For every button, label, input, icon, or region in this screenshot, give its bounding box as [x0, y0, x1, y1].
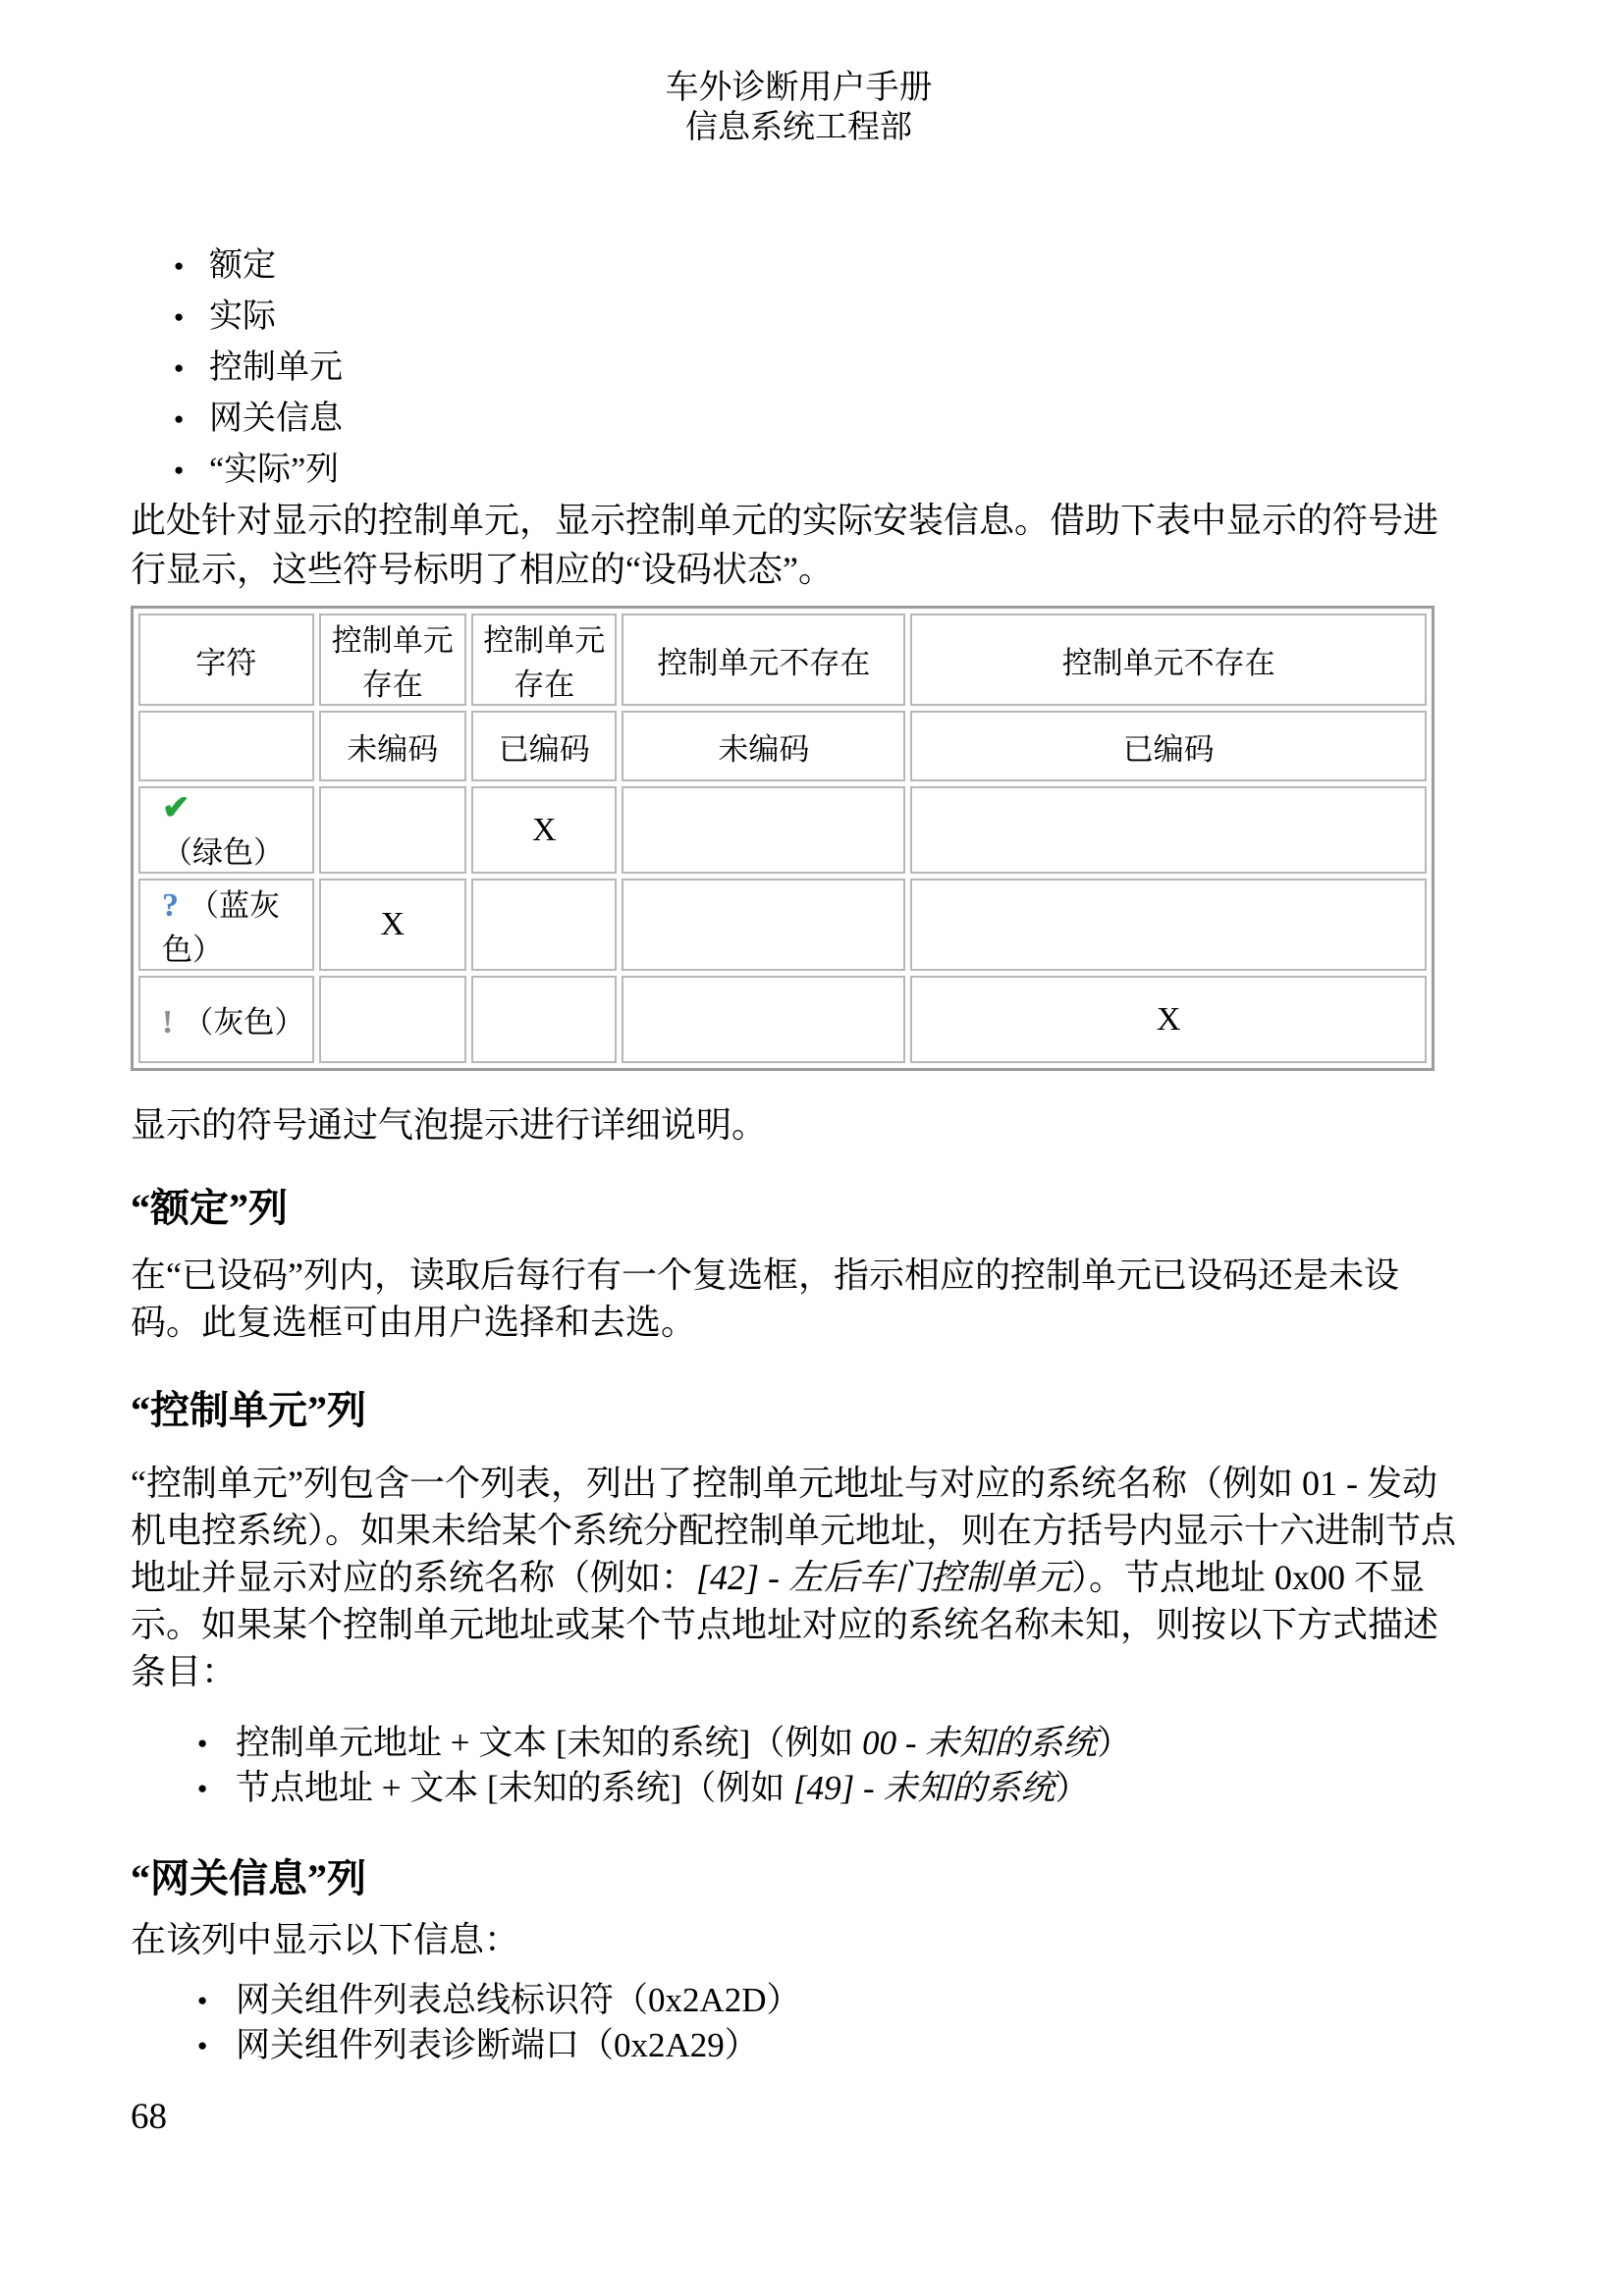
- cell: [622, 976, 905, 1063]
- section-heading-gateway-info: “网关信息”列: [131, 1855, 1467, 1902]
- gateway-paragraph: 在该列中显示以下信息：: [131, 1916, 1467, 1963]
- bullet-text: ）: [1055, 1769, 1089, 1807]
- symbol-label: （蓝灰色）: [162, 888, 280, 967]
- control-unit-paragraph: “控制单元”列包含一个列表，列出了控制单元地址与对应的系统名称（例如 01 - …: [131, 1460, 1467, 1695]
- coding-status-symbol-table: 字符 控制单元存在 控制单元存在 控制单元不存在 控制单元不存在 未编码 已编码…: [131, 606, 1435, 1071]
- col-header-present-2: 控制单元存在: [471, 614, 617, 706]
- subheader-empty: [138, 711, 314, 781]
- symbol-label: （灰色）: [183, 1005, 304, 1040]
- table-row: ?（蓝灰色） X: [138, 879, 1427, 971]
- doc-department: 信息系统工程部: [131, 108, 1467, 147]
- blue-question-icon: ?: [162, 887, 179, 924]
- cell: X: [319, 879, 466, 971]
- table-header-row: 字符 控制单元存在 控制单元存在 控制单元不存在 控制单元不存在: [138, 614, 1427, 706]
- list-item: 网关信息: [131, 394, 1467, 445]
- symbol-cell: ✔（绿色）: [138, 786, 314, 874]
- cell: [319, 976, 466, 1063]
- list-item: 网关组件列表总线标识符（0x2A2D）: [131, 1978, 1467, 2023]
- intro-paragraph: 此处针对显示的控制单元，显示控制单元的实际安装信息。借助下表中显示的符号进行显示…: [131, 496, 1467, 594]
- cell: [910, 879, 1427, 971]
- col-header-absent-2: 控制单元不存在: [910, 614, 1427, 706]
- cell: [319, 786, 466, 874]
- cell: [471, 976, 617, 1063]
- green-check-icon: ✔: [162, 790, 190, 827]
- bullet-example-italic: [49] - 未知的系统: [793, 1769, 1055, 1807]
- subheader-uncoded-1: 未编码: [319, 711, 466, 781]
- paragraph-part-italic: [42] - 左后车门控制单元: [696, 1558, 1071, 1597]
- col-header-present-1: 控制单元存在: [319, 614, 466, 706]
- overview-bullet-list: 额定 实际 控制单元 网关信息 “实际”列: [131, 240, 1467, 496]
- cell: X: [910, 976, 1427, 1063]
- cell: [471, 879, 617, 971]
- bullet-text: 节点地址 + 文本 [未知的系统]（例如: [236, 1769, 793, 1807]
- subheader-uncoded-2: 未编码: [622, 711, 905, 781]
- bullet-text: 控制单元地址 + 文本 [未知的系统]（例如: [236, 1724, 862, 1762]
- page-number: 68: [131, 2096, 1467, 2138]
- table-note: 显示的符号通过气泡提示进行详细说明。: [131, 1100, 1467, 1149]
- col-header-symbol: 字符: [138, 614, 314, 706]
- symbol-cell: !（灰色）: [138, 976, 314, 1063]
- section-heading-rated: “额定”列: [131, 1185, 1467, 1232]
- list-item: 控制单元: [131, 343, 1467, 394]
- document-page: 车外诊断用户手册 信息系统工程部 额定 实际 控制单元 网关信息 “实际”列 此…: [0, 0, 1624, 2296]
- table-subheader-row: 未编码 已编码 未编码 已编码: [138, 711, 1427, 781]
- list-item: 节点地址 + 文本 [未知的系统]（例如 [49] - 未知的系统）: [131, 1766, 1467, 1811]
- cell: [622, 786, 905, 874]
- list-item: 实际: [131, 292, 1467, 343]
- control-unit-bullet-list: 控制单元地址 + 文本 [未知的系统]（例如 00 - 未知的系统） 节点地址 …: [131, 1721, 1467, 1811]
- list-item: 网关组件列表诊断端口（0x2A29）: [131, 2023, 1467, 2068]
- list-item: 控制单元地址 + 文本 [未知的系统]（例如 00 - 未知的系统）: [131, 1721, 1467, 1766]
- bullet-example-italic: 00 - 未知的系统: [862, 1724, 1097, 1762]
- gray-exclamation-icon: !: [162, 1004, 173, 1041]
- section-heading-control-unit: “控制单元”列: [131, 1387, 1467, 1434]
- cell: [910, 786, 1427, 874]
- subheader-coded-1: 已编码: [471, 711, 617, 781]
- symbol-label: （绿色）: [162, 835, 284, 870]
- gateway-bullet-list: 网关组件列表总线标识符（0x2A2D） 网关组件列表诊断端口（0x2A29）: [131, 1978, 1467, 2068]
- cell: [622, 879, 905, 971]
- document-header: 车外诊断用户手册 信息系统工程部: [131, 69, 1467, 147]
- table-row: ✔（绿色） X: [138, 786, 1427, 874]
- list-item: “实际”列: [131, 445, 1467, 496]
- subheader-coded-2: 已编码: [910, 711, 1427, 781]
- bullet-text: ）: [1097, 1724, 1131, 1762]
- list-item: 额定: [131, 240, 1467, 292]
- symbol-cell: ?（蓝灰色）: [138, 879, 314, 971]
- col-header-absent-1: 控制单元不存在: [622, 614, 905, 706]
- cell: X: [471, 786, 617, 874]
- rated-paragraph: 在“已设码”列内，读取后每行有一个复选框，指示相应的控制单元已设码还是未设码。此…: [131, 1252, 1467, 1346]
- doc-title: 车外诊断用户手册: [131, 69, 1467, 108]
- table-row: !（灰色） X: [138, 976, 1427, 1063]
